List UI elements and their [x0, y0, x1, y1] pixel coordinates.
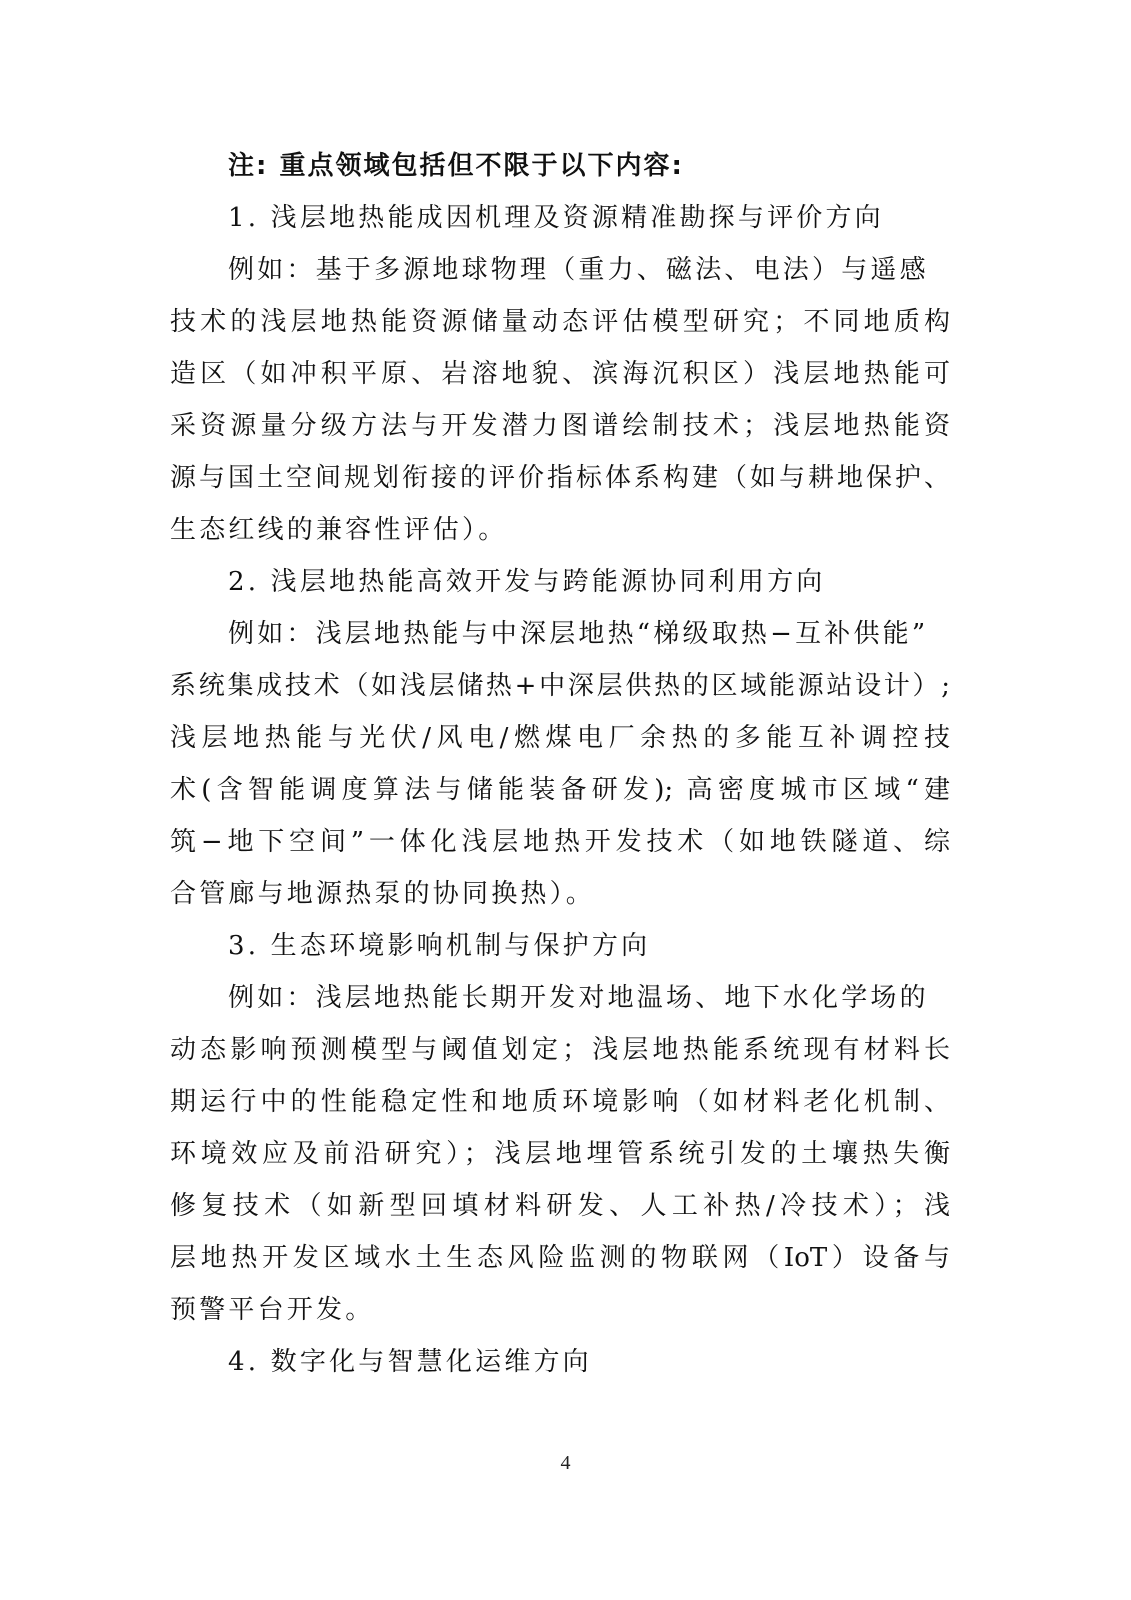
section-1-line-3: 造区（如冲积平原、岩溶地貌、滨海沉积区）浅层地热能可: [170, 348, 950, 400]
section-3-line-7: 预警平台开发。: [170, 1284, 950, 1336]
section-2-line-3: 浅层地热能与光伏/风电/燃煤电厂余热的多能互补调控技: [170, 712, 950, 764]
section-3-line-4: 环境效应及前沿研究）；浅层地埋管系统引发的土壤热失衡: [170, 1128, 950, 1180]
section-1-line-2: 技术的浅层地热能资源储量动态评估模型研究；不同地质构: [170, 296, 950, 348]
section-2-line-1: 例如：浅层地热能与中深层地热“梯级取热−互补供能”: [228, 608, 1008, 660]
section-1-line-5: 源与国土空间规划衔接的评价指标体系构建（如与耕地保护、: [170, 452, 950, 504]
section-1-line-4: 采资源量分级方法与开发潜力图谱绘制技术；浅层地热能资: [170, 400, 950, 452]
section-3-title: 3. 生态环境影响机制与保护方向: [228, 920, 1008, 972]
page-number: 4: [0, 1452, 1131, 1475]
section-2-line-4: 术(含智能调度算法与储能装备研发); 高密度城市区域“建: [170, 764, 950, 816]
section-3-line-1: 例如：浅层地热能长期开发对地温场、地下水化学场的: [228, 972, 1008, 1024]
section-2-title: 2. 浅层地热能高效开发与跨能源协同利用方向: [228, 556, 1008, 608]
document-page: 注: 重点领域包括但不限于以下内容: 1. 浅层地热能成因机理及资源精准勘探与评…: [0, 0, 1131, 1600]
section-3-line-5: 修复技术（如新型回填材料研发、人工补热/冷技术）；浅: [170, 1180, 950, 1232]
section-2-line-6: 合管廊与地源热泵的协同换热）。: [170, 868, 950, 920]
section-2-line-2: 系统集成技术（如浅层储热+中深层供热的区域能源站设计）;: [170, 660, 950, 712]
section-3-line-6: 层地热开发区域水土生态风险监测的物联网（IoT）设备与: [170, 1232, 950, 1284]
section-4-title: 4. 数字化与智慧化运维方向: [228, 1336, 1008, 1388]
section-1-line-1: 例如：基于多源地球物理（重力、磁法、电法）与遥感: [228, 244, 1008, 296]
section-2-line-5: 筑−地下空间”一体化浅层地热开发技术（如地铁隧道、综: [170, 816, 950, 868]
section-1-line-6: 生态红线的兼容性评估）。: [170, 504, 950, 556]
note-heading: 注: 重点领域包括但不限于以下内容:: [228, 140, 1008, 192]
section-3-line-3: 期运行中的性能稳定性和地质环境影响（如材料老化机制、: [170, 1076, 950, 1128]
section-3-line-2: 动态影响预测模型与阈值划定；浅层地热能系统现有材料长: [170, 1024, 950, 1076]
section-1-title: 1. 浅层地热能成因机理及资源精准勘探与评价方向: [228, 192, 1008, 244]
